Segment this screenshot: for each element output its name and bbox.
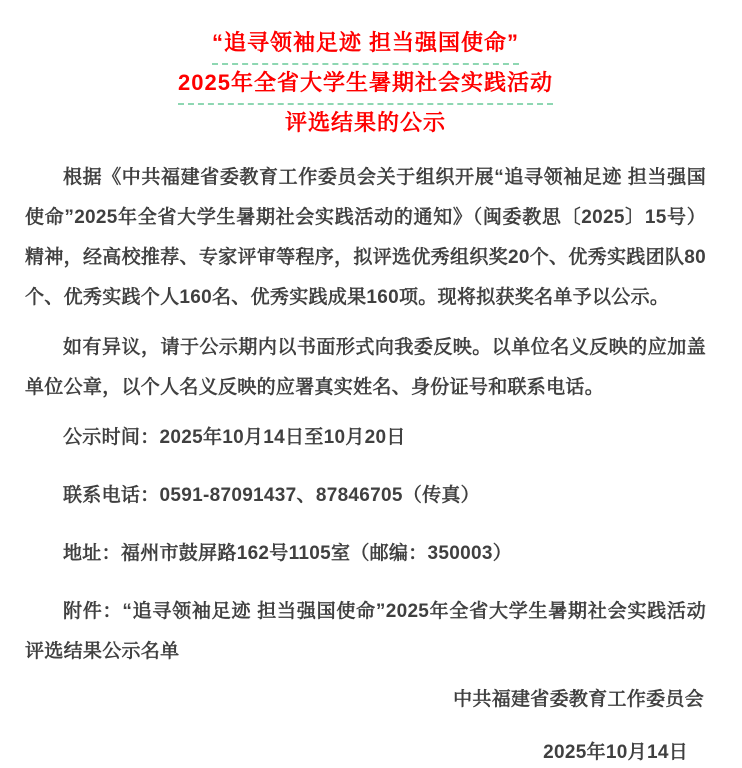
paragraph-basis: 根据《中共福建省委教育工作委员会关于组织开展“追寻领袖足迹 担当强国使命”202… <box>25 158 706 318</box>
title-line-2-text: 2025年全省大学生暑期社会实践活动 <box>178 66 553 105</box>
contact-phone-line: 联系电话：0591-87091437、87846705（传真） <box>25 476 706 516</box>
signature-organization: 中共福建省委教育工作委员会 <box>25 680 706 720</box>
address-line: 地址：福州市鼓屏路162号1105室（邮编：350003） <box>25 534 706 574</box>
title-line-1-text: “追寻领袖足迹 担当强国使命” <box>212 26 519 65</box>
title-line-2: 2025年全省大学生暑期社会实践活动 <box>25 66 706 106</box>
attachment-line: 附件：“追寻领袖足迹 担当强国使命”2025年全省大学生暑期社会实践活动评选结果… <box>25 592 706 672</box>
title-line-3-text: 评选结果的公示 <box>285 110 446 135</box>
paragraph-objection: 如有异议，请于公示期内以书面形式向我委反映。以单位名义反映的应加盖单位公章，以个… <box>25 328 706 408</box>
publicity-period-line: 公示时间：2025年10月14日至10月20日 <box>25 418 706 458</box>
announcement-document: “追寻领袖足迹 担当强国使命” 2025年全省大学生暑期社会实践活动 评选结果的… <box>0 0 742 768</box>
signature-date: 2025年10月14日 <box>25 733 706 768</box>
announcement-title: “追寻领袖足迹 担当强国使命” 2025年全省大学生暑期社会实践活动 评选结果的… <box>25 26 706 146</box>
title-line-3: 评选结果的公示 <box>25 106 706 146</box>
title-line-1: “追寻领袖足迹 担当强国使命” <box>25 26 706 66</box>
